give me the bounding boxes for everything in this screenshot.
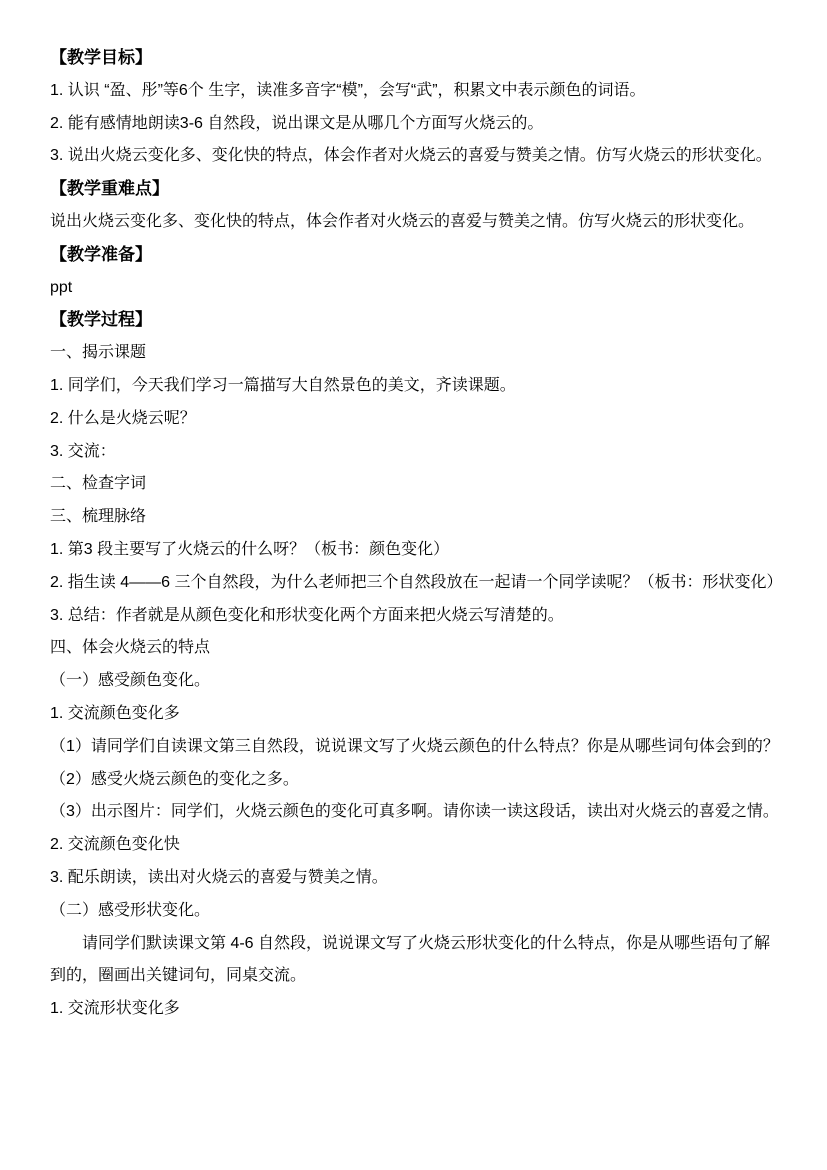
section-heading-process: 【教学过程】 bbox=[50, 304, 780, 337]
paragraph: ppt bbox=[50, 272, 780, 305]
paragraph: 2. 能有感情地朗读3-6 自然段，说出课文是从哪几个方面写火烧云的。 bbox=[50, 108, 780, 141]
paragraph: 2. 指生读 4——6 三个自然段，为什么老师把三个自然段放在一起请一个同学读呢… bbox=[50, 567, 780, 600]
paragraph: 2. 什么是火烧云呢？ bbox=[50, 403, 780, 436]
paragraph: 二、检查字词 bbox=[50, 468, 780, 501]
paragraph: 2. 交流颜色变化快 bbox=[50, 829, 780, 862]
paragraph: 请同学们默读课文第 4-6 自然段，说说课文写了火烧云形状变化的什么特点，你是从… bbox=[50, 928, 780, 994]
section-heading-key-points: 【教学重难点】 bbox=[50, 173, 780, 206]
paragraph: （二）感受形状变化。 bbox=[50, 895, 780, 928]
paragraph: 1. 认识 “盈、彤”等6个 生字，读准多音字“模”，会写“武”，积累文中表示颜… bbox=[50, 75, 780, 108]
lesson-plan-document: 【教学目标】 1. 认识 “盈、彤”等6个 生字，读准多音字“模”，会写“武”，… bbox=[0, 0, 827, 1026]
paragraph: 1. 交流形状变化多 bbox=[50, 993, 780, 1026]
paragraph: （1）请同学们自读课文第三自然段，说说课文写了火烧云颜色的什么特点？你是从哪些词… bbox=[50, 731, 780, 764]
paragraph: （2）感受火烧云颜色的变化之多。 bbox=[50, 764, 780, 797]
paragraph: 3. 总结：作者就是从颜色变化和形状变化两个方面来把火烧云写清楚的。 bbox=[50, 600, 780, 633]
paragraph: 一、揭示课题 bbox=[50, 337, 780, 370]
paragraph: 3. 说出火烧云变化多、变化快的特点，体会作者对火烧云的喜爱与赞美之情。仿写火烧… bbox=[50, 140, 780, 173]
paragraph: 3. 交流： bbox=[50, 436, 780, 469]
paragraph: 1. 第3 段主要写了火烧云的什么呀？（板书：颜色变化） bbox=[50, 534, 780, 567]
paragraph: 1. 交流颜色变化多 bbox=[50, 698, 780, 731]
paragraph: 四、体会火烧云的特点 bbox=[50, 632, 780, 665]
paragraph: （3）出示图片：同学们，火烧云颜色的变化可真多啊。请你读一读这段话，读出对火烧云… bbox=[50, 796, 780, 829]
paragraph: （一）感受颜色变化。 bbox=[50, 665, 780, 698]
paragraph: 3. 配乐朗读，读出对火烧云的喜爱与赞美之情。 bbox=[50, 862, 780, 895]
paragraph: 说出火烧云变化多、变化快的特点，体会作者对火烧云的喜爱与赞美之情。仿写火烧云的形… bbox=[50, 206, 780, 239]
paragraph: 三、梳理脉络 bbox=[50, 501, 780, 534]
section-heading-preparation: 【教学准备】 bbox=[50, 239, 780, 272]
paragraph: 1. 同学们，今天我们学习一篇描写大自然景色的美文，齐读课题。 bbox=[50, 370, 780, 403]
section-heading-objectives: 【教学目标】 bbox=[50, 42, 780, 75]
